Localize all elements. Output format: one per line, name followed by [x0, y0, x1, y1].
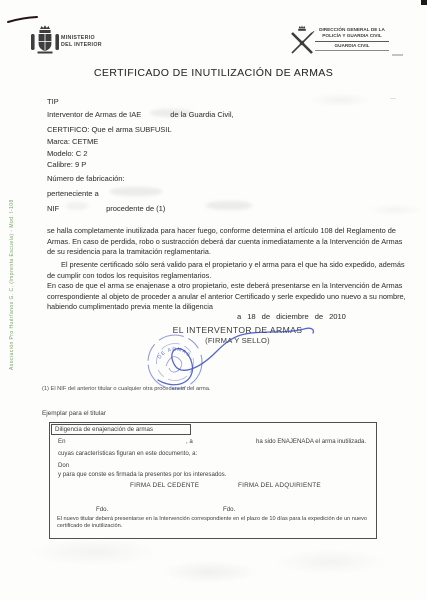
body-paragraph-2a: El presente certificado sólo será valido…: [47, 260, 411, 281]
interventor-prefix: Interventor de Armas de IAE: [47, 110, 141, 119]
calibre-value: 9 P: [75, 160, 86, 169]
procedente-label: procedente de (1): [106, 204, 165, 213]
ministry-name: MINISTERIO DEL INTERIOR: [61, 35, 102, 48]
spain-coat-of-arms-icon: [30, 24, 60, 56]
field-marca: Marca: CETME: [47, 137, 98, 146]
diligencia-header: Diligencia de enajenación de armas: [51, 424, 191, 435]
diligencia-enajenada-text: ha sido ENAJENADA el arma inutilizada.: [256, 438, 366, 445]
redaction-smudge: [206, 201, 252, 210]
body-paragraph-2b: En caso de que el arma se enajenase a ot…: [47, 281, 411, 313]
redaction-smudge: [110, 187, 162, 196]
direccion-line1: DIRECCIÓN GENERAL DE LA: [315, 27, 389, 33]
printer-imprint: Asociación Pro Huérfanos G. C. (Imprenta…: [9, 199, 15, 370]
modelo-label: Modelo:: [47, 149, 74, 158]
scan-edge-mark: [392, 54, 403, 56]
diligencia-don-label: Don: [58, 462, 69, 469]
direccion-general-block: DIRECCIÓN GENERAL DE LA POLICÍA Y GUARDI…: [315, 27, 389, 51]
body-paragraph-1: se halla completamente inutilizada para …: [47, 226, 411, 258]
scan-edge-mark: [390, 98, 396, 99]
guardia-civil-label: GUARDIA CIVIL: [315, 41, 389, 52]
field-certifico: CERTIFICO: Que el arma SUBFUSIL: [47, 125, 172, 134]
certificate-page: MINISTERIO DEL INTERIOR DIRECCIÓN GENERA…: [0, 0, 427, 600]
marca-value: CETME: [72, 137, 98, 146]
document-title: CERTIFICADO DE INUTILIZACIÓN DE ARMAS: [0, 67, 427, 79]
ejemplar-label: Ejemplar para el titular: [42, 410, 106, 417]
certifico-label: CERTIFICO: Que el arma: [47, 125, 133, 134]
field-tip: TIP: [47, 97, 59, 106]
field-modelo: Modelo: C 2: [47, 149, 87, 158]
firma-cedente-label: FIRMA DEL CEDENTE: [130, 482, 199, 489]
diligencia-en-label: En: [58, 438, 65, 445]
redaction-smudge: [150, 109, 192, 117]
marca-label: Marca:: [47, 137, 70, 146]
footnote: (1) El NIF del anterior titular o cualqu…: [42, 386, 211, 392]
ministry-line1: MINISTERIO: [61, 35, 102, 42]
fdo-adquiriente-label: Fdo.: [223, 506, 235, 513]
field-fabricacion: Número de fabricación:: [47, 174, 125, 183]
certifico-value: SUBFUSIL: [135, 125, 172, 134]
field-perteneciente: perteneciente a: [47, 189, 99, 198]
field-interventor: Interventor de Armas de IAEde la Guardia…: [47, 110, 234, 119]
redaction-smudge: [66, 202, 88, 210]
diligencia-note: El nuevo titular deberá presentarse en l…: [57, 516, 369, 530]
ministry-line2: DEL INTERIOR: [61, 42, 102, 49]
scan-corner-mark: [421, 0, 427, 5]
field-calibre: Calibre: 9 P: [47, 160, 86, 169]
modelo-value: C 2: [76, 149, 88, 158]
diligencia-line4: y para que conste es firmada la presente…: [58, 471, 226, 478]
fdo-cedente-label: Fdo.: [96, 506, 108, 513]
nif-label: NIF: [47, 204, 59, 213]
direccion-line2: POLICÍA Y GUARDIA CIVIL: [315, 33, 389, 39]
firma-adquiriente-label: FIRMA DEL ADQUIRIENTE: [238, 482, 321, 489]
diligencia-a-label: , a: [186, 438, 193, 445]
signature-scrawl: [158, 328, 313, 385]
field-nif: NIFprocedente de (1): [47, 204, 165, 213]
calibre-label: Calibre:: [47, 160, 73, 169]
diligencia-line2: cuyas características figuran en este do…: [58, 450, 197, 457]
guardia-civil-emblem-icon: [289, 23, 315, 55]
diligencia-box: Diligencia de enajenación de armas En , …: [49, 422, 377, 539]
